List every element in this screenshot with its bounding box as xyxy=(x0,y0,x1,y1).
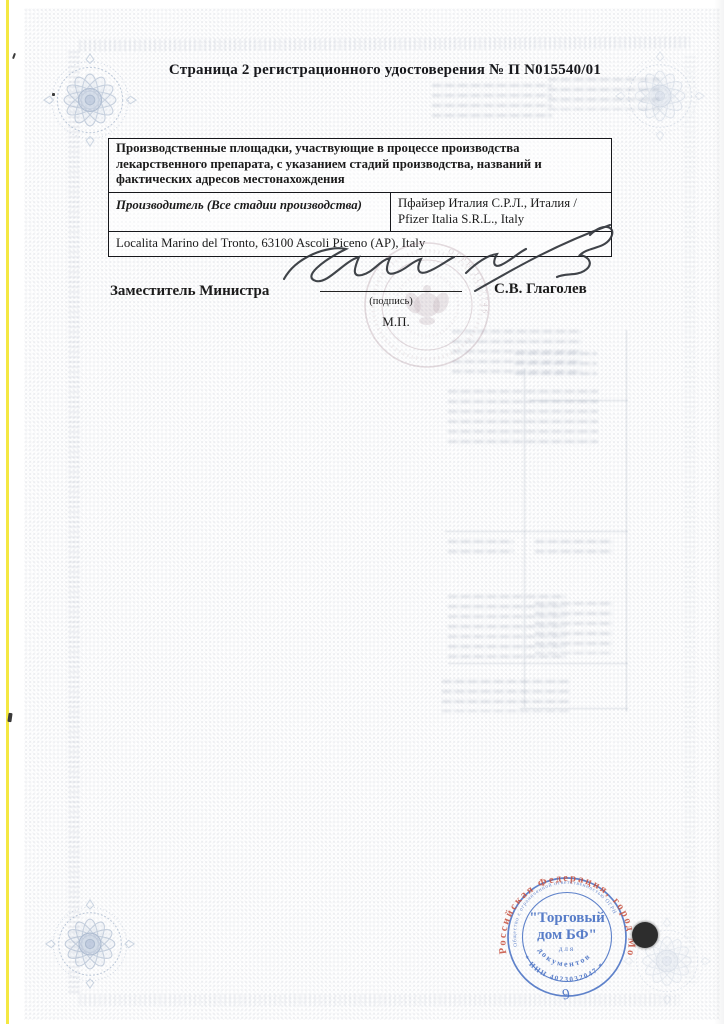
scan-edge-shade xyxy=(714,0,724,1024)
bleed-through-smudge xyxy=(535,602,613,654)
guilloche-border-top xyxy=(79,36,690,51)
bleed-through-smudge xyxy=(515,352,597,376)
signature-caption: (подпись) xyxy=(320,296,462,307)
rosette-bottom-left-icon xyxy=(44,898,136,990)
bleed-through-line xyxy=(530,400,628,401)
scan-speck xyxy=(7,713,12,722)
bleed-through-line xyxy=(524,368,525,708)
bleed-through-line xyxy=(445,531,628,532)
trade-stamp-center-line2: дом БФ" xyxy=(537,927,597,943)
svg-text:* ИНН 4023032047 *: * ИНН 4023032047 * xyxy=(522,954,607,983)
page-header: Страница 2 регистрационного удостоверени… xyxy=(120,62,650,79)
bleed-through-line xyxy=(626,330,627,712)
bleed-through-smudge xyxy=(448,390,598,448)
bleed-through-smudge xyxy=(432,84,552,120)
trade-stamp-ring-bottom-text: * ИНН 4023032047 * xyxy=(522,954,607,983)
guilloche-border-left xyxy=(68,48,80,993)
scan-speck xyxy=(12,53,16,59)
bleed-through-smudge xyxy=(548,78,660,110)
place-of-seal-mark: М.П. xyxy=(366,314,426,330)
bleed-through-smudge xyxy=(535,540,613,553)
bleed-through-line xyxy=(520,708,628,709)
signer-name: С.В. Глаголев xyxy=(494,281,587,298)
signature-line xyxy=(320,291,462,292)
hole-punch-dot xyxy=(632,922,658,948)
trade-stamp-digit: 9 xyxy=(561,987,571,1004)
trading-house-stamp: Российская Федерация, город Москва Общес… xyxy=(492,862,642,1012)
trade-stamp-center-line1: "Торговый xyxy=(529,910,605,926)
scan-edge-line xyxy=(6,0,9,1024)
producer-value-ru: Пфайзер Италия С.Р.Л., Италия / xyxy=(398,196,604,212)
bleed-through-line xyxy=(448,663,628,664)
trade-stamp-center-line3: для xyxy=(559,945,575,953)
table-header-cell: Производственные площадки, участвующие в… xyxy=(109,139,611,193)
scan-speck xyxy=(52,93,55,96)
guilloche-border-right xyxy=(684,53,696,983)
signer-title: Заместитель Министра xyxy=(110,283,269,300)
bleed-through-smudge xyxy=(448,540,514,553)
